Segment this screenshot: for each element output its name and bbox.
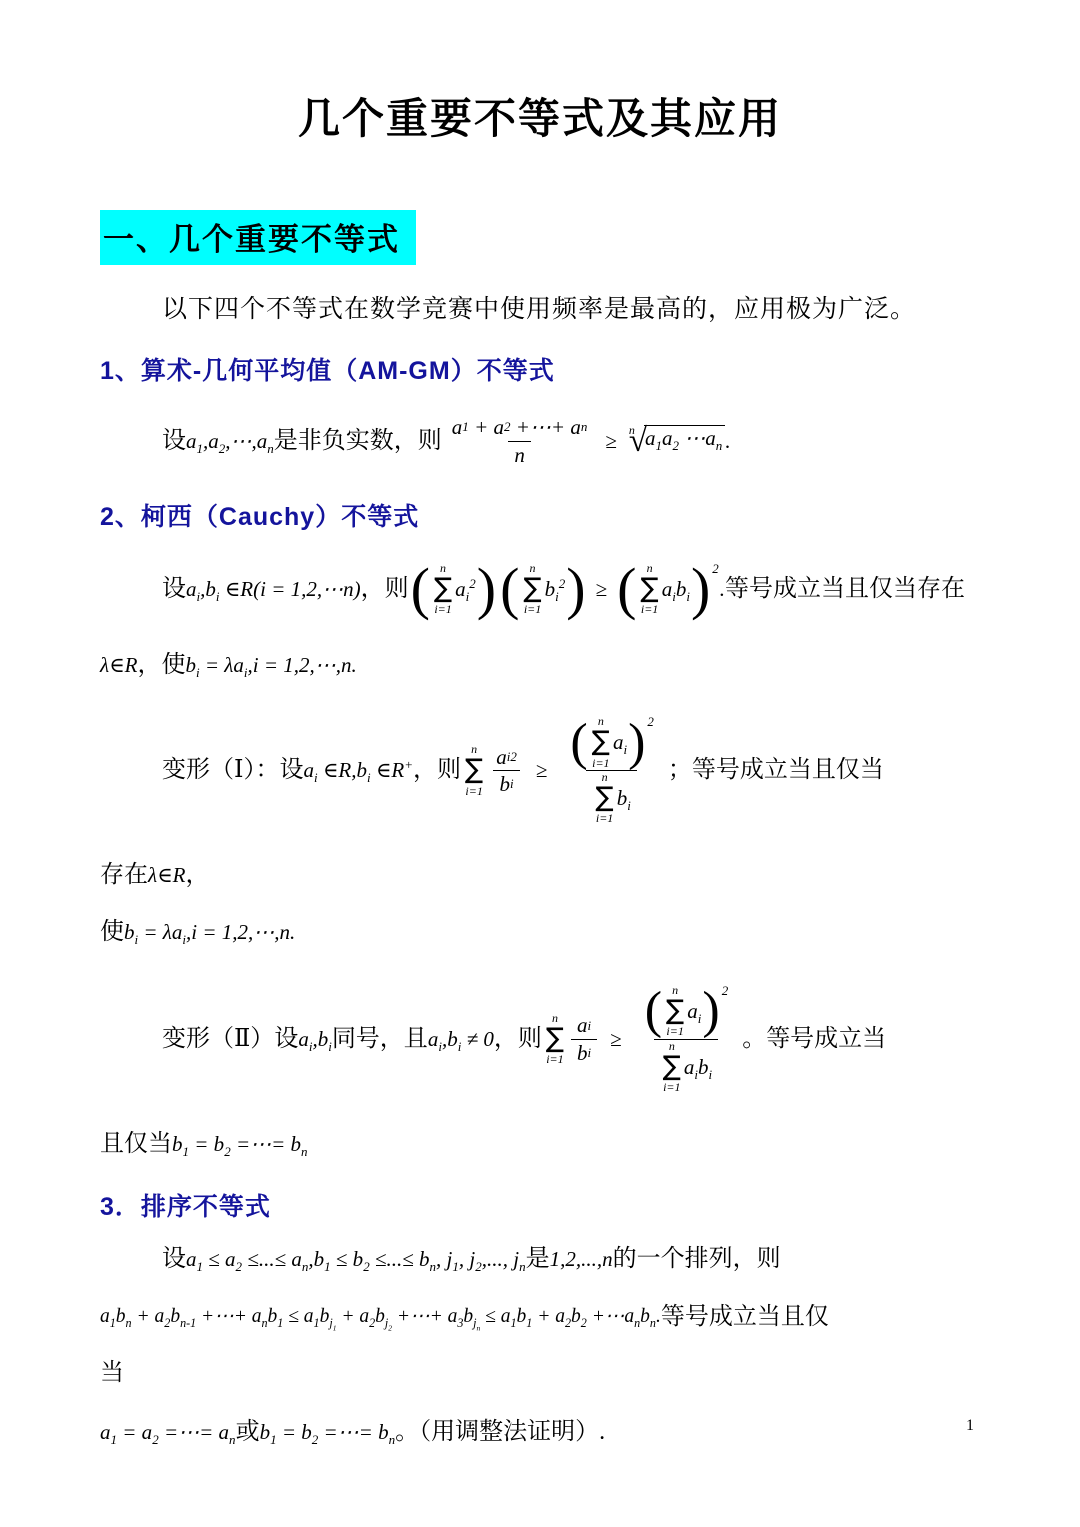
sigma-symbol: ∑ — [666, 997, 684, 1025]
rearrangement-setup-line: 设 a1 ≤ a2 ≤...≤ an,b1 ≤ b2 ≤...≤ bn, j1,… — [162, 1243, 980, 1275]
math-b-lambda-a: bi = λai,i = 1,2,⋯,n. — [124, 918, 295, 946]
exponent-2: 2 — [647, 715, 654, 728]
text-qie-jin-dang: 且仅当 — [100, 1128, 172, 1160]
document-page: 几个重要不等式及其应用 一、几个重要不等式 以下四个不等式在数学竞赛中使用频率是… — [0, 0, 1080, 1527]
text-equality-condition: 等号成立当且仅当 — [692, 754, 884, 786]
math-condition: ai,bi ∈R(i = 1,2,⋯n) — [186, 575, 361, 603]
page-number: 1 — [966, 1417, 974, 1435]
sum-lower-limit: i=1 — [546, 1053, 563, 1066]
text-shi: 使 — [161, 649, 185, 681]
variant-2-line: 变形（Ⅱ） 设 ai,bi 同号，且 ai,bi ≠ 0 ，则 n ∑ i=1 … — [162, 964, 980, 1114]
summation: n ∑ i=1 — [666, 984, 684, 1039]
variant-2-condition-line: 且仅当 b1 = b2 =⋯= bn — [100, 1128, 980, 1160]
geq-sign: ≥ — [536, 756, 548, 784]
summation: n ∑ i=1 — [595, 771, 613, 826]
sigma-symbol: ∑ — [592, 728, 610, 756]
text-equality-condition: 等号成立当 — [766, 1023, 886, 1055]
text-cunzai: 存在 — [100, 859, 148, 891]
big-fraction-numerator: ( n ∑ i=1 ai ) 2 — [563, 715, 659, 770]
text-huo: 或 — [236, 1416, 260, 1448]
nth-root: n √ a1a2 ⋯an — [629, 425, 725, 458]
comma: ， — [185, 859, 209, 891]
big-fraction-denominator: n ∑ i=1 aibi — [654, 1039, 718, 1095]
sum-lower-limit: i=1 — [592, 757, 609, 770]
summation: n ∑ i=1 — [434, 562, 452, 617]
sigma-symbol: ∑ — [434, 575, 452, 603]
big-fraction-denominator: n ∑ i=1 bi — [586, 770, 636, 826]
section-1-heading-highlighted: 一、几个重要不等式 — [100, 210, 416, 265]
exponent-2: 2 — [712, 562, 719, 575]
exponent-2: 2 — [722, 984, 729, 997]
sum-operand: bi2 — [545, 575, 566, 603]
variant-1-exists-line: 存在 λ∈R ， — [100, 859, 980, 891]
math-nonzero: ai,bi ≠ 0 — [428, 1025, 494, 1053]
geq-sign: ≥ — [610, 1025, 622, 1053]
summation: n ∑ i=1 — [640, 562, 658, 617]
math-lambda: λ∈R — [148, 861, 185, 889]
sigma-symbol: ∑ — [640, 575, 658, 603]
geq-sign: ≥ — [596, 575, 608, 603]
text-equality-condition: 等号成立当且仅 — [661, 1301, 829, 1333]
text-she: 设 — [279, 754, 303, 786]
sum-lower-limit: i=1 — [596, 812, 613, 825]
big-fraction: ( n ∑ i=1 ai ) 2 n ∑ i=1 aibi — [638, 984, 734, 1094]
text-she: 设 — [162, 425, 186, 457]
cauchy-formula-line: 设 ai,bi ∈R(i = 1,2,⋯n) ，则 ( n ∑ i=1 ai2 … — [162, 547, 980, 631]
root-body: a1a2 ⋯an — [644, 425, 725, 449]
text-same-sign: 同号，且 — [332, 1023, 428, 1055]
subsection-1-heading: 1、算术-几何平均值（AM-GM）不等式 — [100, 351, 980, 387]
term-fraction: ai2 bi — [490, 744, 523, 798]
variant-2-label: 变形（Ⅱ） — [162, 1023, 274, 1055]
sigma-symbol: ∑ — [465, 756, 483, 784]
sum-operand: aibi — [684, 1054, 712, 1080]
paren-sum-a: ( n ∑ i=1 ai2 ) — [410, 562, 498, 617]
text-she: 设 — [274, 1023, 298, 1055]
big-fraction-numerator: ( n ∑ i=1 ai ) 2 — [638, 984, 734, 1039]
rearrangement-dang-line: 当 — [100, 1357, 980, 1389]
text-permutation: 的一个排列，则 — [613, 1243, 781, 1275]
math-permutation: 1,2,...,n — [550, 1245, 613, 1273]
text-shi: 是 — [526, 1243, 550, 1275]
text-equality-condition: 等号成立当且仅当存在 — [725, 573, 965, 605]
summation: n ∑ i=1 — [663, 1040, 681, 1095]
paren-sum-b: ( n ∑ i=1 bi2 ) — [499, 562, 587, 617]
section-1-heading-row: 一、几个重要不等式 — [100, 210, 980, 265]
math-sequences: a1 ≤ a2 ≤...≤ an,b1 ≤ b2 ≤...≤ bn, j1, j… — [186, 1245, 526, 1273]
math-vars: a1,a2,⋯,an — [186, 427, 274, 455]
fraction-denominator: n — [508, 441, 531, 468]
text-shi: 使 — [100, 916, 124, 948]
subsection-3-heading: 3．排序不等式 — [100, 1187, 980, 1223]
sum-lower-limit: i=1 — [641, 603, 658, 616]
full-stop: 。 — [742, 1023, 766, 1055]
math-condition: ai ∈R,bi ∈R+ — [303, 756, 413, 784]
document-title: 几个重要不等式及其应用 — [100, 86, 980, 146]
text-dang: 当 — [100, 1357, 124, 1389]
variant-1-line: 变形（Ⅰ）： 设 ai ∈R,bi ∈R+ ，则 n ∑ i=1 ai2 bi … — [162, 695, 980, 845]
term-fraction: ai bi — [571, 1012, 597, 1066]
rearrangement-equality-line: a1 = a2 =⋯= an 或 b1 = b2 =⋯= bn 。（用调整法证明… — [100, 1416, 980, 1448]
sum-lower-limit: i=1 — [524, 603, 541, 616]
math-vars: ai,bi — [298, 1025, 332, 1053]
fraction-numerator: ai — [571, 1012, 597, 1038]
text-nonneg: 是非负实数，则 — [274, 425, 442, 457]
amgm-formula-line: 设 a1,a2,⋯,an 是非负实数，则 a1 + a2 +⋯+ an n ≥ … — [162, 405, 980, 477]
summation: n ∑ i=1 — [592, 715, 610, 770]
rearrangement-inequality-line: a1bn + a2bn-1 +⋯+ anb1 ≤ a1bj1 + a2bj2 +… — [100, 1301, 980, 1333]
mean-fraction: a1 + a2 +⋯+ an n — [446, 414, 594, 468]
sum-lower-limit: i=1 — [663, 1081, 680, 1094]
sum-operand: ai2 — [455, 575, 476, 603]
text-she: 设 — [162, 573, 186, 605]
math-inequality-chain: a1bn + a2bn-1 +⋯+ anb1 ≤ a1bj1 + a2bj2 +… — [100, 1304, 661, 1330]
fraction-denominator: bi — [571, 1039, 597, 1066]
cauchy-lambda-line: λ∈R ， 使 bi = λai,i = 1,2,⋯,n. — [100, 649, 980, 681]
sum-of-fraction: n ∑ i=1 ai bi — [543, 1012, 601, 1067]
comma: ， — [137, 649, 161, 681]
sum-lower-limit: i=1 — [465, 785, 482, 798]
sum-operand: ai — [687, 998, 701, 1024]
big-fraction: ( n ∑ i=1 ai ) 2 n ∑ i=1 bi — [563, 715, 659, 825]
text-proof-note: 。（用调整法证明）. — [395, 1416, 605, 1448]
math-lambda: λ∈R — [100, 651, 137, 679]
fraction-denominator: bi — [493, 770, 519, 797]
sigma-symbol: ∑ — [663, 1053, 681, 1081]
sum-lower-limit: i=1 — [434, 603, 451, 616]
summation: n ∑ i=1 — [465, 743, 483, 798]
math-b-lambda-a: bi = λai,i = 1,2,⋯,n. — [185, 651, 356, 679]
math-b-equal: b1 = b2 =⋯= bn — [260, 1418, 396, 1446]
subsection-2-heading: 2、柯西（Cauchy）不等式 — [100, 497, 980, 533]
period: . — [725, 427, 730, 455]
summation: n ∑ i=1 — [523, 562, 541, 617]
sum-lower-limit: i=1 — [666, 1025, 683, 1038]
math-b-equal: b1 = b2 =⋯= bn — [172, 1130, 308, 1158]
semicolon: ； — [668, 754, 692, 786]
sigma-symbol: ∑ — [546, 1025, 564, 1053]
sigma-symbol: ∑ — [523, 575, 541, 603]
text-she: 设 — [162, 1243, 186, 1275]
fraction-numerator: a1 + a2 +⋯+ an — [446, 414, 594, 440]
intro-paragraph: 以下四个不等式在数学竞赛中使用频率是最高的，应用极为广泛。 — [162, 289, 980, 325]
paren-sum-ab-squared: ( n ∑ i=1 aibi ) 2 — [616, 562, 719, 617]
sum-operand: bi — [617, 785, 631, 811]
sigma-symbol: ∑ — [595, 784, 613, 812]
text-then: ，则 — [494, 1023, 542, 1055]
summation: n ∑ i=1 — [546, 1012, 564, 1067]
sum-operand: ai — [613, 729, 627, 755]
variant-1-shi-line: 使 bi = λai,i = 1,2,⋯,n. — [100, 916, 980, 948]
fraction-numerator: ai2 — [490, 744, 523, 770]
sum-operand: aibi — [662, 575, 690, 603]
root-index: n — [629, 424, 635, 436]
math-a-equal: a1 = a2 =⋯= an — [100, 1418, 236, 1446]
sum-of-fraction: n ∑ i=1 ai2 bi — [462, 743, 527, 798]
text-then: ，则 — [413, 754, 461, 786]
geq-sign: ≥ — [605, 427, 617, 455]
text-then: ，则 — [361, 573, 409, 605]
variant-1-label: 变形（Ⅰ）： — [162, 754, 279, 786]
